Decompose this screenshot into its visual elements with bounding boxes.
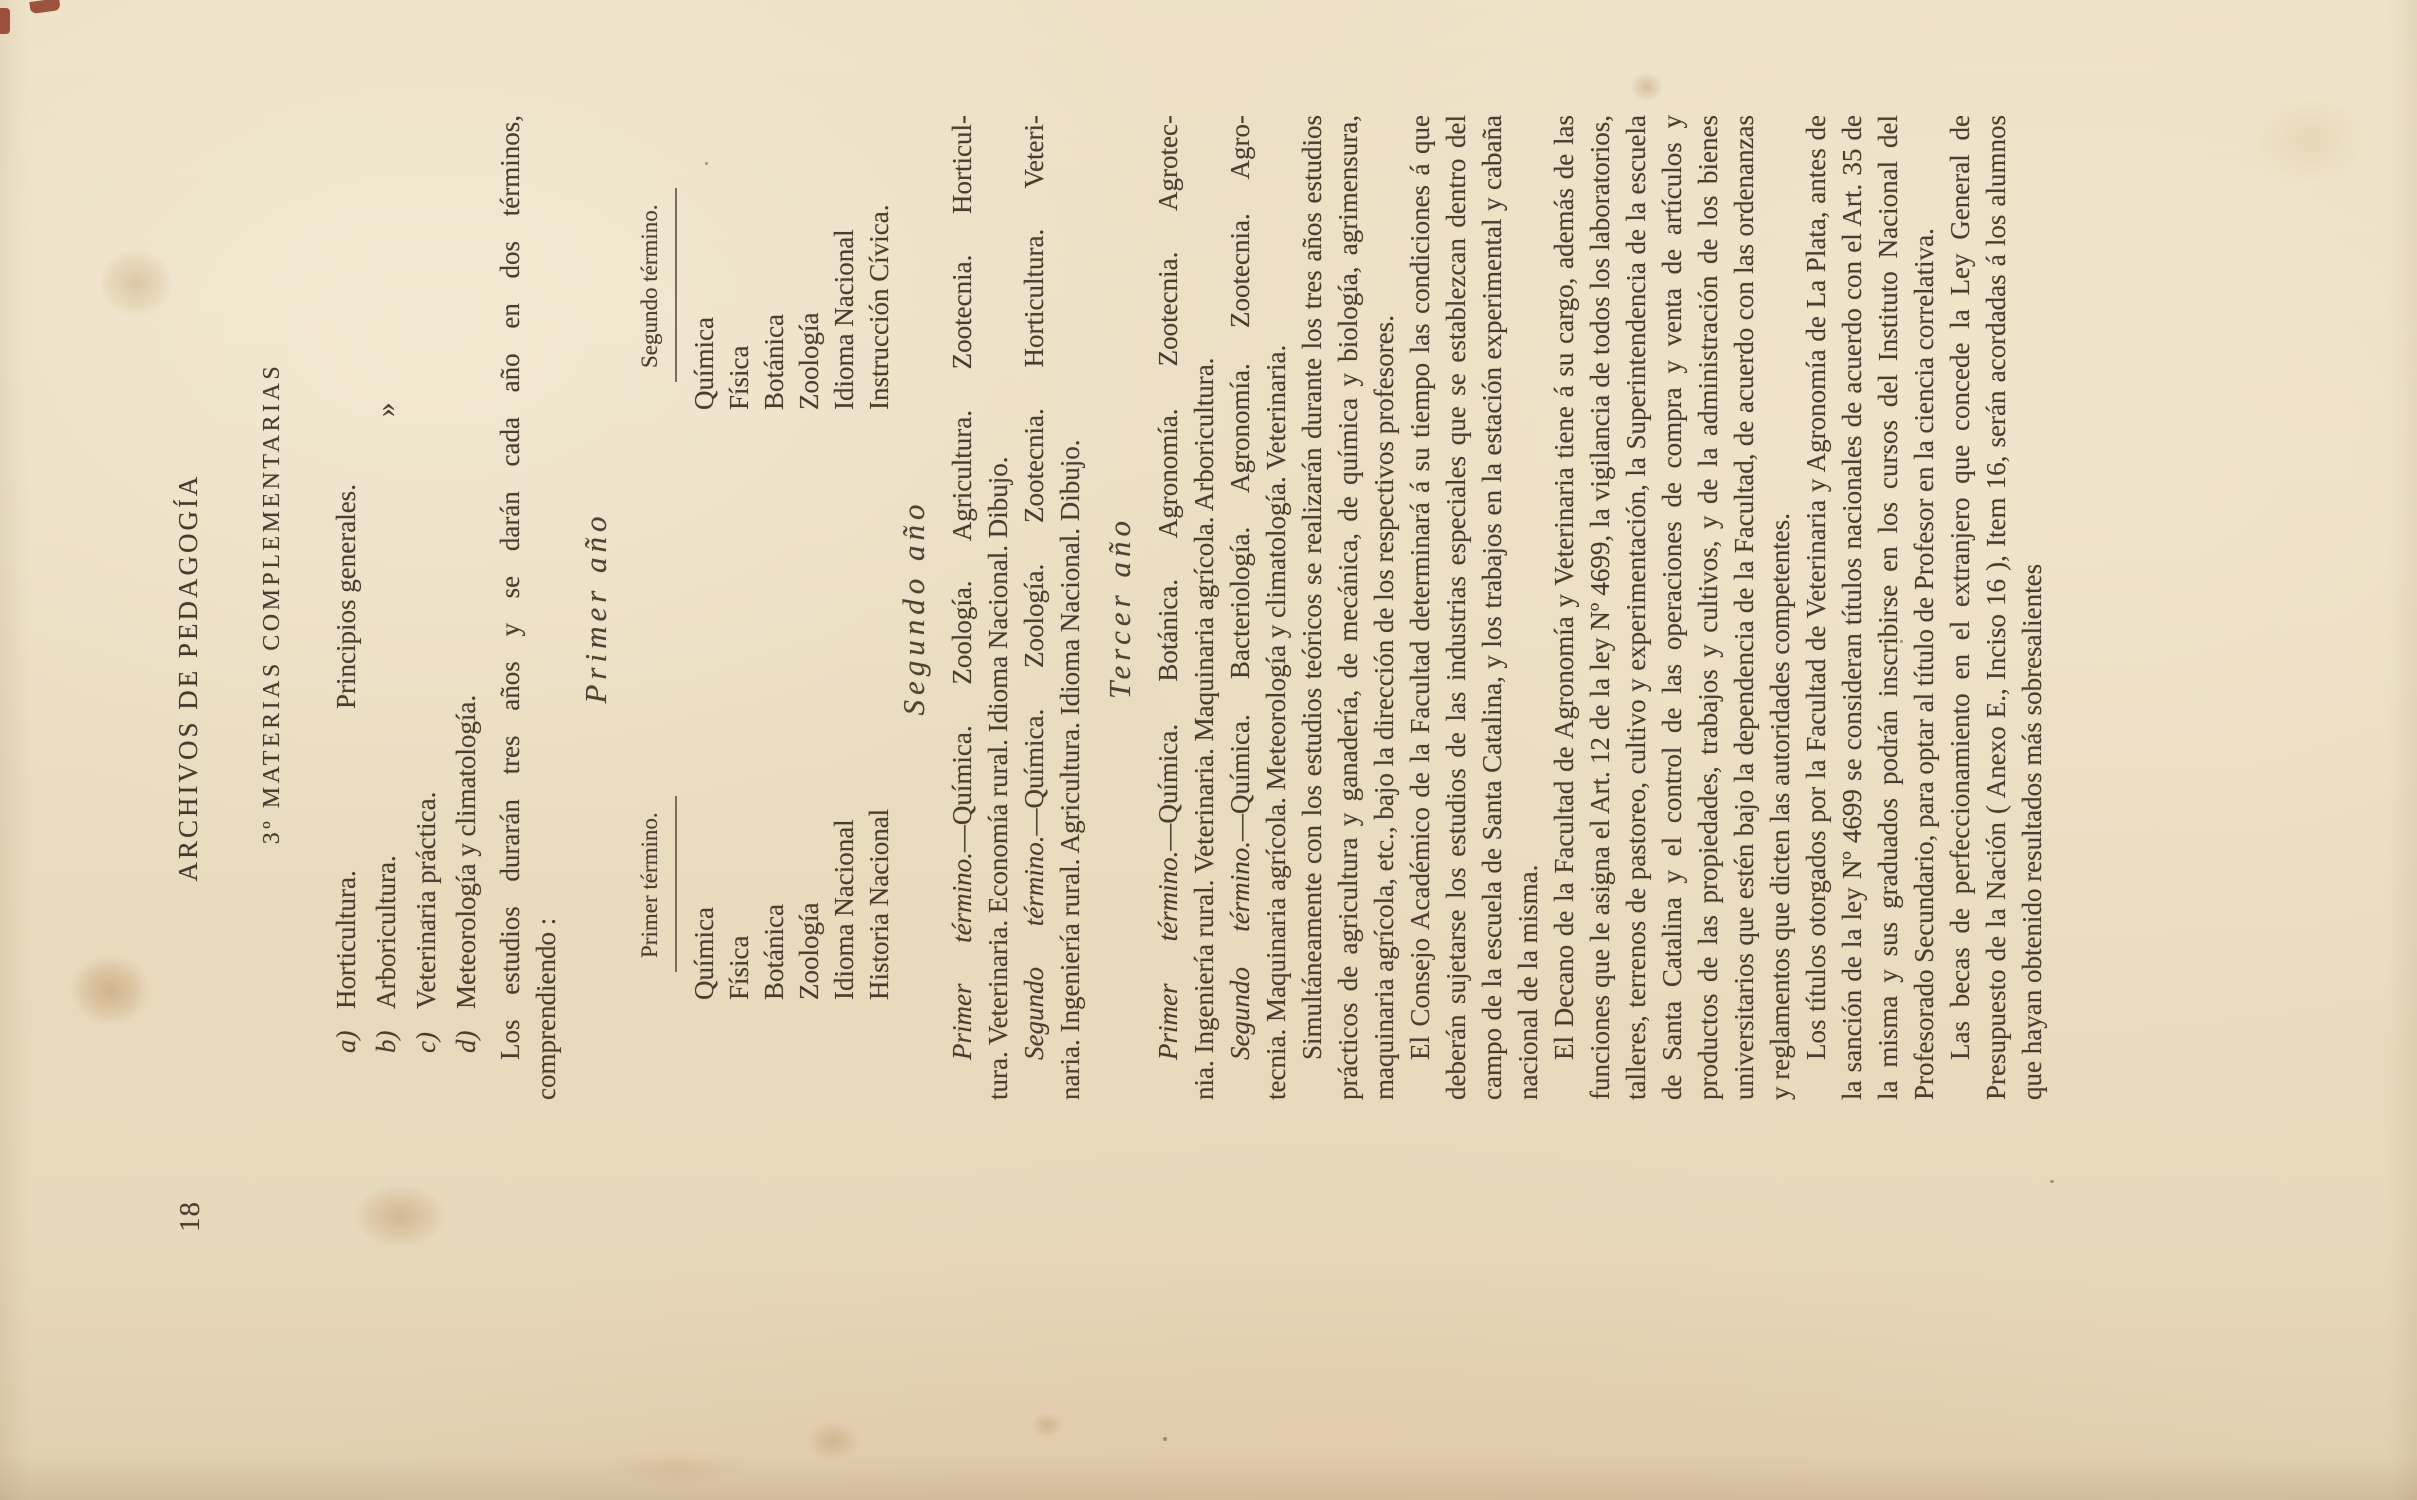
term-text: —Química. Zoología. Zootecnia. Horticult…	[1019, 115, 1049, 835]
list-marker: a)	[326, 1009, 366, 1053]
intro-line: Los estudios durarán tres años y se dará…	[492, 115, 528, 1100]
term-line: naria. Ingeniería rural. Agricultura. Id…	[1052, 115, 1088, 1100]
intro-line: comprendiendo :	[528, 115, 564, 1100]
list-qualifier: Principios generales.	[326, 484, 366, 709]
text-block: 18 ARCHIVOS DE PEDAGOGÍA 3º MATERIAS COM…	[170, 115, 2050, 1100]
term-text: —Química. Bacteriología. Agronomía. Zoot…	[1225, 115, 1255, 841]
body-paragraph: Las becas de perfeccionamiento en el ext…	[1942, 115, 2050, 1100]
intro-paragraph: Los estudios durarán tres años y se dará…	[492, 115, 564, 1100]
list-text: Arboricultura.	[366, 709, 406, 1009]
list-marker: c)	[406, 1009, 446, 1053]
body-paragraph: Simultáneamente con los estudios teórico…	[1294, 115, 1402, 1100]
term-line: Segundo término.—Química. Bacteriología.…	[1222, 115, 1258, 1100]
list-item: c)Veterinaria práctica.	[406, 115, 446, 1100]
scanned-book-page: { "colors": { "paper": "#ecdfc3", "ink":…	[0, 0, 2417, 1500]
table-cell: Zoología	[792, 796, 827, 1000]
rotated-page: 18 ARCHIVOS DE PEDAGOGÍA 3º MATERIAS COM…	[0, 0, 2417, 1500]
table-column-primer-termino: Primer término. Química Física Botánica …	[630, 796, 897, 1000]
term-line: tecnia. Maquinaria agrícola. Meteorologí…	[1258, 115, 1294, 1100]
ditto-mark: »	[366, 403, 406, 418]
term-lead: Segundo término.	[1225, 841, 1255, 1060]
term-lead: Segundo término.	[1019, 835, 1049, 1060]
term-table: Primer término. Química Física Botánica …	[630, 115, 882, 1100]
year-heading-tercer: Tercer año	[1102, 115, 1138, 1100]
table-cell: Física	[722, 188, 757, 410]
year-heading-primer: Primer año	[578, 115, 614, 1100]
body-paragraph: El Consejo Académico de la Facultad dete…	[1402, 115, 1546, 1100]
term-text: —Química. Botánica. Agronomía. Zootecnia…	[1153, 115, 1183, 851]
table-cell: Historia Nacional	[862, 796, 897, 1000]
term-line: nia. Ingeniería rural. Veterinaria. Maqu…	[1186, 115, 1222, 1100]
page-number: 18	[172, 1201, 208, 1232]
term-paragraph: Segundo término.—Química. Bacteriología.…	[1222, 115, 1294, 1100]
table-cell: Química	[687, 796, 722, 1000]
page-header: 18 ARCHIVOS DE PEDAGOGÍA	[170, 115, 210, 1100]
term-line: Primer término.—Química. Zoología. Agric…	[944, 115, 980, 1100]
table-cell: Idioma Nacional	[827, 796, 862, 1000]
list-item: a)Horticultura.Principios generales.	[326, 115, 366, 1100]
term-lead: Primer término.	[947, 852, 977, 1060]
term-text: —Química. Zoología. Agricultura. Zootecn…	[947, 115, 977, 852]
table-cell: Idioma Nacional	[827, 188, 862, 410]
table-cell: Zoología	[792, 188, 827, 410]
column-header: Segundo término.	[632, 188, 677, 382]
list-marker: b)	[366, 1009, 406, 1053]
list-marker: d)	[446, 1009, 486, 1053]
section-title: 3º MATERIAS COMPLEMENTARIAS	[254, 115, 290, 1092]
table-column-segundo-termino: Segundo término. Química Física Botánica…	[630, 188, 897, 410]
table-cell: Instrucción Cívica.	[862, 188, 897, 410]
term-paragraph: Segundo término.—Química. Zoología. Zoot…	[1016, 115, 1088, 1100]
list-item: d)Meteorología y climatología.	[446, 115, 486, 1100]
term-line: Segundo término.—Química. Zoología. Zoot…	[1016, 115, 1052, 1100]
list-text: Meteorología y climatología.	[446, 709, 486, 1009]
subject-list: a)Horticultura.Principios generales. b)A…	[326, 115, 486, 1100]
table-cell: Química	[687, 188, 722, 410]
term-line: Primer término.—Química. Botánica. Agron…	[1150, 115, 1186, 1100]
body-paragraph: Los títulos otorgados por la Facultad de…	[1798, 115, 1942, 1100]
table-cell: Física	[722, 796, 757, 1000]
term-lead: Primer término.	[1153, 851, 1183, 1060]
year-heading-segundo: Segundo año	[896, 115, 932, 1100]
body-paragraph: El Decano de la Facultad de Agronomía y …	[1546, 115, 1798, 1100]
list-text: Horticultura.	[326, 709, 366, 1009]
list-item: b)Arboricultura.»	[366, 115, 406, 1100]
list-text: Veterinaria práctica.	[406, 709, 446, 1009]
column-header: Primer término.	[632, 796, 677, 972]
term-line: tura. Veterinaria. Economía rural. Idiom…	[980, 115, 1016, 1100]
journal-title: ARCHIVOS DE PEDAGOGÍA	[170, 185, 206, 1170]
table-cell: Botánica	[757, 796, 792, 1000]
term-paragraph: Primer término.—Química. Botánica. Agron…	[1150, 115, 1222, 1100]
term-paragraph: Primer término.—Química. Zoología. Agric…	[944, 115, 1016, 1100]
table-cell: Botánica	[757, 188, 792, 410]
